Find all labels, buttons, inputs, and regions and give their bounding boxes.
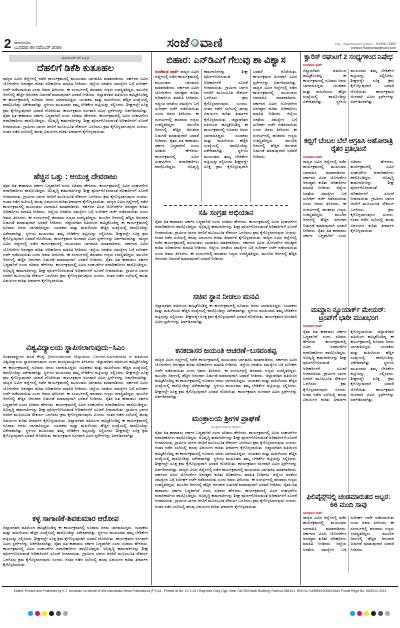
masthead-part1: ಸಂಜೆ bbox=[167, 35, 190, 50]
story-body-bihar: ಸಂಜೆವಾಣಿ ವಾರ್ತೆ ರಾಜ್ಯದ ವಿವಿಧ ಜಿಲ್ಲೆಗಳಲ್ಲ… bbox=[155, 69, 297, 202]
story-body: ರೈತರ ಹಿತ ಕಾಪಾಡಲು ಸರ್ಕಾರ ಬದ್ಧವಾಗಿದೆ ಎಂದು … bbox=[3, 183, 148, 341]
story-body: ರಾಜ್ಯದ ವಿವಿಧ ಜಿಲ್ಲೆಗಳಲ್ಲಿ ನಡೆದ ಕಾರ್ಯಕ್ರಮ… bbox=[3, 76, 148, 170]
story-body: ರಾಜ್ಯದ ವಿವಿಧ ಜಿಲ್ಲೆಗಳಲ್ಲಿ ನಡೆದ ಕಾರ್ಯಕ್ರಮ… bbox=[303, 159, 394, 306]
edition-info: 2 ರಾಯಚೂರು ಬುಧವಾರ 05 ನವೆಂಬರ್ 2025 bbox=[4, 38, 124, 50]
globe-icon bbox=[191, 39, 199, 47]
headline-smuggling: ಕಳ್ಳ ಸಾಗಾಣಿಕೆ-ಶಿವಕುಮಾರ ಆರೋಪ bbox=[3, 514, 148, 525]
story-philippines-typhoon: ಫಿಲಿಪೈನ್ಸ್‌ನಲ್ಲಿ ಚಂಡಮಾರುತದ ಅಬ್ಬರ: 66 ಮಂದ… bbox=[303, 493, 394, 574]
story-quarries-ban: ಕ್ವಾರಿಸ್ ರಘುಟಗೆ 2 ಸಂಧ್ಯಗಳಿಂದ ನಿಷೇಧ ಸಂಜೆವ… bbox=[303, 53, 394, 137]
masthead: ಸಂಜೆವಾಣಿ bbox=[124, 36, 266, 50]
reg-dot-magenta bbox=[35, 611, 40, 616]
contact-line2: contact Raichursanjevani.com bbox=[266, 46, 396, 50]
body-text: ರಾಜ್ಯದ ವಿವಿಧ ಜಿಲ್ಲೆಗಳಲ್ಲಿ ನಡೆದ ಕಾರ್ಯಕ್ರಮ… bbox=[303, 159, 347, 233]
body-text: ಜಿಲ್ಲಾಡಳಿತದ ವತಿಯಿಂದ ಹಮ್ಮಿಕೊಂಡಿದ್ದ ಈ ಕಾರ್… bbox=[351, 329, 395, 403]
body-text: ರಾಜ್ಯದ ವಿವಿಧ ಜಿಲ್ಲೆಗಳಲ್ಲಿ ನಡೆದ ಕಾರ್ಯಕ್ರಮ… bbox=[303, 515, 394, 552]
column-right: ಕ್ವಾರಿಸ್ ರಘುಟಗೆ 2 ಸಂಧ್ಯಗಳಿಂದ ನಿಷೇಧ ಸಂಜೆವ… bbox=[301, 52, 395, 585]
page-sheet: 2 ರಾಯಚೂರು ಬುಧವಾರ 05 ನವೆಂಬರ್ 2025 ಸಂಜೆವಾಣ… bbox=[2, 26, 398, 593]
content-area: ಹೈಕಮಾಂಡ್ ಕರೆ ಹಿನ್ನೆಲೆ ದೆಹಲಿಗೆ ಡಿಕೆಶಿ ಕುತ… bbox=[2, 52, 398, 585]
reg-dot-gray bbox=[63, 611, 68, 616]
reg-dot-cyan bbox=[28, 611, 33, 616]
story-body: ರೈತರ ಹಿತ ಕಾಪಾಡಲು ಸರ್ಕಾರ ಬದ್ಧವಾಗಿದೆ ಎಂದು … bbox=[155, 430, 297, 577]
column-left: ಹೈಕಮಾಂಡ್ ಕರೆ ಹಿನ್ನೆಲೆ ದೆಹಲಿಗೆ ಡಿಕೆಶಿ ಕುತ… bbox=[2, 52, 151, 585]
crop-mark bbox=[36, 0, 37, 26]
story-body: ಜಿಲ್ಲಾಡಳಿತದ ವತಿಯಿಂದ ಹಮ್ಮಿಕೊಂಡಿದ್ದ ಈ ಕಾರ್… bbox=[303, 68, 394, 137]
dateline: ಸಂಜೆವಾಣಿ ವಾರ್ತೆ bbox=[155, 69, 179, 74]
registration-marks-left bbox=[28, 611, 68, 616]
reg-dot-yellow bbox=[42, 611, 47, 616]
reg-dot-darkgray bbox=[56, 611, 61, 616]
reg-dot-black bbox=[371, 611, 376, 616]
headline-university: ವಿಶ್ವವಿದ್ಯಾಲಯ ಸ್ಥಾಪಿಸಲಾಗುವುದು–ಸಿಎಂ bbox=[3, 343, 148, 354]
headline-signature-drive: ಸಹಿ ಸಂಗ್ರಹ ಅಭಿಯಾನ bbox=[155, 208, 297, 219]
reg-dot-darkgray bbox=[378, 611, 383, 616]
body-text: ರಾಜ್ಯದ ವಿವಿಧ ಜಿಲ್ಲೆಗಳಲ್ಲಿ ನಡೆದ ಕಾರ್ಯಕ್ರಮ… bbox=[155, 69, 199, 143]
headline-dks-delhi: ದೆಹಲಿಗೆ ಡಿಕೆಶಿ ಕುತೂಹಲ bbox=[3, 63, 148, 76]
story-body: ಜಿಲ್ಲಾಡಳಿತದ ವತಿಯಿಂದ ಹಮ್ಮಿಕೊಂಡಿದ್ದ ಈ ಕಾರ್… bbox=[155, 303, 297, 344]
dashed-divider bbox=[164, 205, 289, 206]
body-text: ಜಿಲ್ಲಾಡಳಿತದ ವತಿಯಿಂದ ಹಮ್ಮಿಕೊಂಡಿದ್ದ ಈ ಕಾರ್… bbox=[303, 68, 394, 105]
story-body: ಜಿಲ್ಲಾಡಳಿತದ ವತಿಯಿಂದ ಹಮ್ಮಿಕೊಂಡಿದ್ದ ಈ ಕಾರ್… bbox=[3, 525, 148, 585]
page-header: 2 ರಾಯಚೂರು ಬುಧವಾರ 05 ನವೆಂಬರ್ 2025 ಸಂಜೆವಾಣ… bbox=[2, 26, 398, 50]
masthead-part2: ವಾಣಿ bbox=[200, 35, 223, 50]
reg-dot-magenta bbox=[357, 611, 362, 616]
imprint-line: Edited, Printed and Published by K.T. Am… bbox=[2, 589, 398, 593]
contact-info: ಸುದ್ದಿ - ಜಾಹೀರಾತುಗಳಿಗೆ ಸಂಪರ್ಕಿಸಿ - 94498… bbox=[266, 42, 396, 50]
edition-lines: ರಾಯಚೂರು ಬುಧವಾರ 05 ನವೆಂಬರ್ 2025 bbox=[14, 40, 61, 50]
body-text: ರಾಜ್ಯದ ವಿವಿಧ ಜಿಲ್ಲೆಗಳಲ್ಲಿ ನಡೆದ ಕಾರ್ಯಕ್ರಮ… bbox=[253, 85, 297, 159]
subhead-commissioner: ಹೆಚ್ಚಿನ ಒತ್ತು : ಆಯುಕ್ತ ದೇವರಾಜು bbox=[3, 172, 148, 183]
reg-dot-yellow bbox=[364, 611, 369, 616]
headline-mamdani-mayor: ಮಮ್ದಾನಿ ನ್ಯೂಯಾರ್ಕ್ ಮೇಯರ್: ಟ್ರಂಪ್‌ಗೆ ಭಾರೀ… bbox=[303, 307, 394, 323]
headline-minister-plea: ಸಚಿವ ಸ್ಥಾನ ನೀಡಲು ಮನವಿ bbox=[155, 292, 297, 303]
body-text: ಜಿಲ್ಲಾಡಳಿತದ ವತಿಯಿಂದ ಹಮ್ಮಿಕೊಂಡಿದ್ದ ಈ ಕಾರ್… bbox=[155, 303, 297, 324]
page-number: 2 bbox=[4, 38, 11, 50]
reg-dot-cyan bbox=[350, 611, 355, 616]
headline-sugarcane-protest: ಕಬ್ಬಿಗೆ ಬೆಂಬಲ ಬೆಲೆ ಆಗ್ರಹಿಸಿ ಅಹೋರಾತ್ರಿ ರೈ… bbox=[303, 138, 394, 154]
story-body: ರಾಜ್ಯದ ವಿವಿಧ ಜಿಲ್ಲೆಗಳಲ್ಲಿ ನಡೆದ ಕಾರ್ಯಕ್ರಮ… bbox=[155, 357, 297, 412]
reg-dot-gray bbox=[385, 611, 390, 616]
story-body: ರಾಜ್ಯದ ವಿವಿಧ ಜಿಲ್ಲೆಗಳಲ್ಲಿ ನಡೆದ ಕಾರ್ಯಕ್ರಮ… bbox=[303, 515, 394, 573]
headline-kanakadasa: ಕನಕದಾಸರ ಜಯಂತಿ ಆಚರಣೆ–ಬಸವಂತಪ್ಪ bbox=[155, 346, 297, 357]
story-body: ಅಂತರರಾಷ್ಟ್ರೀಯ ವಲಸೆ ಕೇಂದ್ರ (International… bbox=[3, 354, 148, 512]
newspaper-page: 2 ರಾಯಚೂರು ಬುಧವಾರ 05 ನವೆಂಬರ್ 2025 ಸಂಜೆವಾಣ… bbox=[0, 0, 400, 628]
headline-quarries-ban: ಕ್ವಾರಿಸ್ ರಘುಟಗೆ 2 ಸಂಧ್ಯಗಳಿಂದ ನಿಷೇಧ bbox=[303, 54, 394, 62]
story-sugarcane-protest: ಕಬ್ಬಿಗೆ ಬೆಂಬಲ ಬೆಲೆ ಆಗ್ರಹಿಸಿ ಅಹೋರಾತ್ರಿ ರೈ… bbox=[303, 137, 394, 307]
registration-marks-right bbox=[350, 611, 390, 616]
headline-bihar-nda: ಬಿಹಾರ: ಎನ್‌ಡಿಎಗೆ ಗೆಲುವು ಶಾ ವಿಶ್ವಾಸ bbox=[155, 53, 297, 69]
kicker-bar: ಹೈಕಮಾಂಡ್ ಕರೆ ಹಿನ್ನೆಲೆ bbox=[9, 55, 142, 62]
edition-date: ಬುಧವಾರ 05 ನವೆಂಬರ್ 2025 bbox=[14, 45, 61, 50]
headline-mantralaya: ಮಂತ್ರಾಲಯ ಶ್ರೀಗಳ ಪ್ರಾಘಣೆ bbox=[155, 414, 297, 425]
reg-dot-black bbox=[49, 611, 54, 616]
page-footer: Edited, Printed and Published by K.T. Am… bbox=[2, 586, 398, 593]
headline-philippines-typhoon: ಫಿಲಿಪೈನ್ಸ್‌ನಲ್ಲಿ ಚಂಡಮಾರುತದ ಅಬ್ಬರ: 66 ಮಂದ… bbox=[303, 494, 394, 510]
body-text: ರೈತರ ಹಿತ ಕಾಪಾಡಲು ಸರ್ಕಾರ ಬದ್ಧವಾಗಿದೆ ಎಂದು … bbox=[3, 113, 148, 134]
story-body: ರೈತರ ಹಿತ ಕಾಪಾಡಲು ಸರ್ಕಾರ ಬದ್ಧವಾಗಿದೆ ಎಂದು … bbox=[303, 329, 394, 493]
column-center: ಬಿಹಾರ: ಎನ್‌ಡಿಎಗೆ ಗೆಲುವು ಶಾ ವಿಶ್ವಾಸ ಸಂಜೆವ… bbox=[151, 52, 301, 585]
story-body: ರೈತರ ಹಿತ ಕಾಪಾಡಲು ಸರ್ಕಾರ ಬದ್ಧವಾಗಿದೆ ಎಂದು … bbox=[155, 219, 297, 290]
story-mamdani-mayor: ಮಮ್ದಾನಿ ನ್ಯೂಯಾರ್ಕ್ ಮೇಯರ್: ಟ್ರಂಪ್‌ಗೆ ಭಾರೀ… bbox=[303, 306, 394, 493]
